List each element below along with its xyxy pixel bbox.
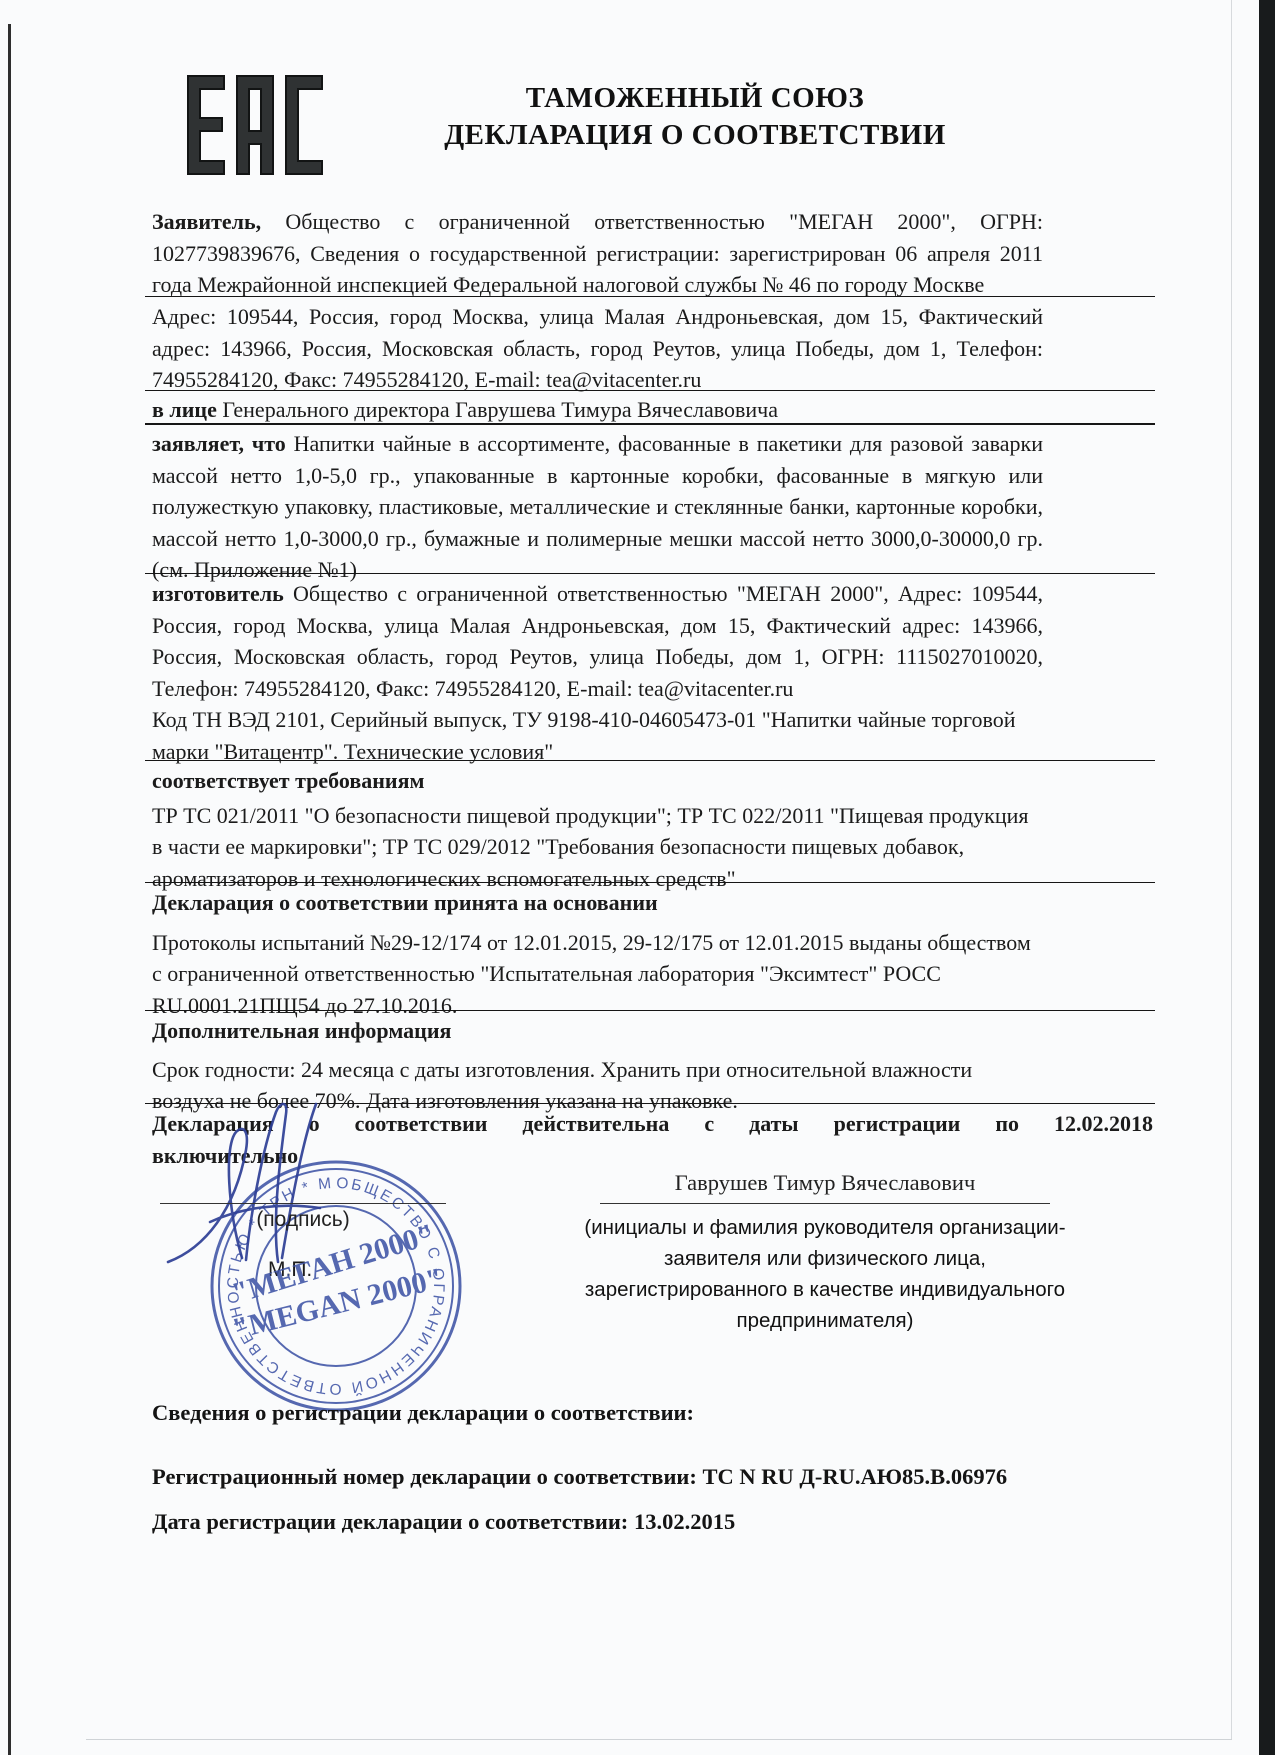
registration-number-label: Регистрационный номер декларации о соотв…: [152, 1464, 703, 1489]
signature-caption: (подпись): [160, 1208, 446, 1232]
basis-heading: Декларация о соответствии принята на осн…: [145, 887, 1155, 919]
registration-info-heading: Сведения о регистрации декларации о соот…: [152, 1400, 1152, 1426]
address-text: Адрес: 109544, Россия, город Москва, ули…: [145, 301, 1155, 396]
registration-date-row: Дата регистрации декларации о соответств…: [152, 1509, 1152, 1535]
address-section: Адрес: 109544, Россия, город Москва, ули…: [145, 301, 1155, 396]
applicant-section: Заявитель, Общество с ограниченной ответ…: [145, 206, 1155, 301]
person-text: Генерального директора Гаврушева Тимура …: [217, 397, 778, 422]
scanned-declaration-page: ТАМОЖЕННЫЙ СОЮЗ ДЕКЛАРАЦИЯ О СООТВЕТСТВИ…: [0, 0, 1275, 1755]
title-line1: ТАМОЖЕННЫЙ СОЮЗ: [300, 80, 1090, 117]
registration-date-value: 13.02.2015: [634, 1509, 735, 1534]
manufacturer-label: изготовитель: [152, 581, 284, 606]
rule-after-applicant: [145, 296, 1155, 297]
manufacturer-section: изготовитель Общество с ограниченной отв…: [145, 578, 1155, 768]
basis-section: Декларация о соответствии принята на осн…: [145, 887, 1155, 1021]
rule-after-basis: [145, 1010, 1155, 1011]
applicant-text: Общество с ограниченной ответственностью…: [152, 209, 1043, 297]
scan-edge-right: [1259, 0, 1275, 1755]
rule-after-declares: [145, 573, 1155, 574]
applicant-label: Заявитель,: [152, 209, 261, 234]
paper-edge-bottom: [86, 1739, 1232, 1740]
head-name-line: [600, 1203, 1050, 1204]
basis-text: Протоколы испытаний №29-12/174 от 12.01.…: [145, 927, 1155, 1022]
registration-number-row: Регистрационный номер декларации о соотв…: [152, 1464, 1152, 1490]
person-label: в лице: [152, 397, 217, 422]
person-section: в лице Генерального директора Гаврушева …: [145, 394, 1155, 426]
signature-line: [160, 1203, 446, 1204]
meets-section: соответствует требованиям ТР ТС 021/2011…: [145, 765, 1155, 894]
head-name: Гаврушев Тимур Вячеславович: [600, 1170, 1050, 1196]
manufacturer-text: Общество с ограниченной ответственностью…: [152, 581, 1043, 701]
additional-heading: Дополнительная информация: [145, 1015, 1155, 1047]
paper-edge-vertical: [1231, 0, 1232, 1740]
rule-after-meets: [145, 882, 1155, 883]
meets-heading: соответствует требованиям: [145, 765, 1155, 797]
scan-edge-left: [8, 24, 11, 1755]
head-name-caption: (инициалы и фамилия руководителя организ…: [565, 1212, 1085, 1336]
meets-text: ТР ТС 021/2011 "О безопасности пищевой п…: [145, 800, 1155, 895]
signature-ink: [150, 1090, 410, 1295]
title-line2: ДЕКЛАРАЦИЯ О СООТВЕТСТВИИ: [300, 117, 1090, 154]
rule-after-manufacturer: [145, 760, 1155, 761]
rule-after-person: [145, 423, 1155, 425]
rule-after-address: [145, 390, 1155, 391]
registration-number-value: ТС N RU Д-RU.АЮ85.В.06976: [703, 1464, 1008, 1489]
declares-text: Напитки чайные в ассортименте, фасованны…: [152, 431, 1043, 582]
declares-section: заявляет, что Напитки чайные в ассортиме…: [145, 428, 1155, 586]
declares-label: заявляет, что: [152, 431, 286, 456]
document-title: ТАМОЖЕННЫЙ СОЮЗ ДЕКЛАРАЦИЯ О СООТВЕТСТВИ…: [300, 80, 1090, 154]
manufacturer-text2: Код ТН ВЭД 2101, Серийный выпуск, ТУ 919…: [145, 704, 1155, 767]
registration-date-label: Дата регистрации декларации о соответств…: [152, 1509, 634, 1534]
